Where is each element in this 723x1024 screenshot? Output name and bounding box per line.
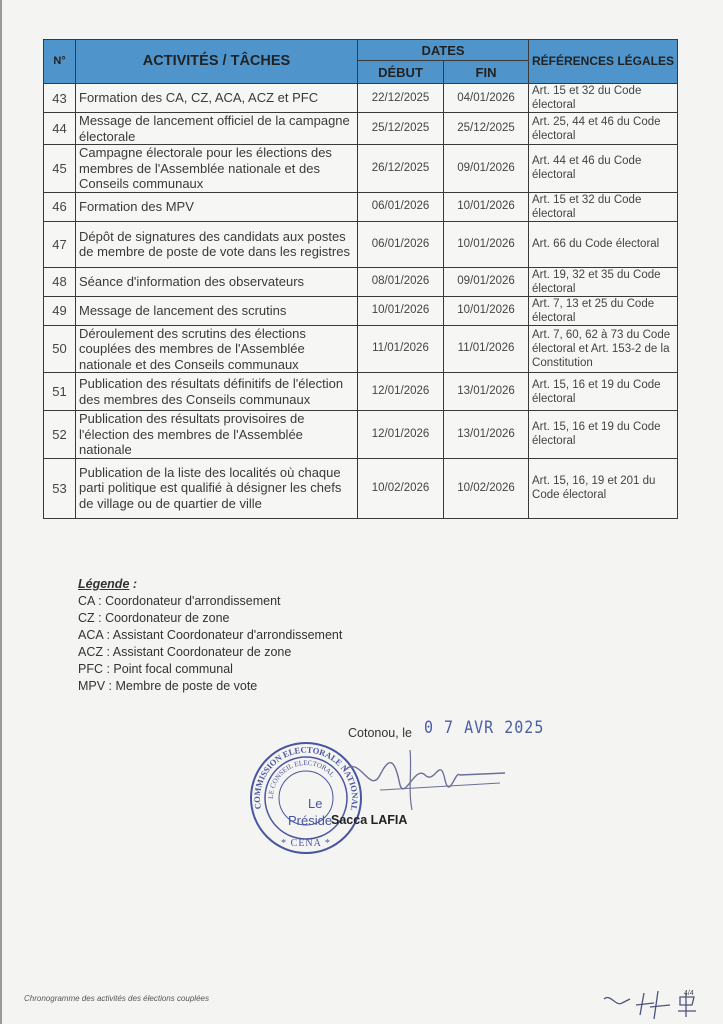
row-number: 52 <box>44 411 76 459</box>
end-date-cell: 25/12/2025 <box>444 113 529 145</box>
start-date-cell: 22/12/2025 <box>358 84 444 113</box>
start-date-cell: 26/12/2025 <box>358 145 444 193</box>
table-row: 48Séance d'information des observateurs0… <box>44 267 678 296</box>
start-date-cell: 06/01/2026 <box>358 192 444 221</box>
legal-reference-cell: Art. 25, 44 et 46 du Code électoral <box>529 113 678 145</box>
page-number: 4/4 <box>684 990 694 997</box>
row-number: 43 <box>44 84 76 113</box>
end-date-cell: 11/01/2026 <box>444 325 529 373</box>
end-date-cell: 09/01/2026 <box>444 267 529 296</box>
legal-reference-cell: Art. 66 du Code électoral <box>529 221 678 267</box>
legal-reference-cell: Art. 7, 13 et 25 du Code électoral <box>529 296 678 325</box>
start-date-cell: 12/01/2026 <box>358 373 444 411</box>
title-president: Préside <box>288 813 332 828</box>
legend-title: Légende : <box>78 576 342 593</box>
footer-text: Chronogramme des activités des élections… <box>24 994 209 1003</box>
table-row: 52Publication des résultats provisoires … <box>44 411 678 459</box>
header-references: RÉFÉRENCES LÉGALES <box>529 40 678 84</box>
title-le: Le <box>308 796 322 811</box>
header-dates: DATES <box>358 40 529 61</box>
date-stamp: 0 7 AVR 2025 <box>424 717 544 738</box>
legal-reference-cell: Art. 19, 32 et 35 du Code électoral <box>529 267 678 296</box>
table-row: 51Publication des résultats définitifs d… <box>44 373 678 411</box>
header-activities: ACTIVITÉS / TÂCHES <box>76 40 358 84</box>
start-date-cell: 10/02/2026 <box>358 458 444 518</box>
legal-reference-cell: Art. 15 et 32 du Code électoral <box>529 84 678 113</box>
table-row: 44Message de lancement officiel de la ca… <box>44 113 678 145</box>
table-row: 47Dépôt de signatures des candidats aux … <box>44 221 678 267</box>
row-number: 49 <box>44 296 76 325</box>
legal-reference-cell: Art. 15, 16, 19 et 201 du Code électoral <box>529 458 678 518</box>
activity-cell: Message de lancement des scrutins <box>76 296 358 325</box>
activity-cell: Message de lancement officiel de la camp… <box>76 113 358 145</box>
row-number: 50 <box>44 325 76 373</box>
legend-item: CZ : Coordonateur de zone <box>78 610 342 627</box>
end-date-cell: 10/01/2026 <box>444 221 529 267</box>
row-number: 48 <box>44 267 76 296</box>
schedule-table: N° ACTIVITÉS / TÂCHES DATES RÉFÉRENCES L… <box>43 39 678 519</box>
end-date-cell: 10/01/2026 <box>444 192 529 221</box>
activity-cell: Publication des résultats définitifs de … <box>76 373 358 411</box>
legend-item: PFC : Point focal communal <box>78 661 342 678</box>
end-date-cell: 04/01/2026 <box>444 84 529 113</box>
page-edge <box>0 0 2 1024</box>
table-row: 43Formation des CA, CZ, ACA, ACZ et PFC2… <box>44 84 678 113</box>
legal-reference-cell: Art. 15, 16 et 19 du Code électoral <box>529 373 678 411</box>
end-date-cell: 10/02/2026 <box>444 458 529 518</box>
activity-cell: Campagne électorale pour les élections d… <box>76 145 358 193</box>
end-date-cell: 13/01/2026 <box>444 373 529 411</box>
header-end: FIN <box>444 61 529 84</box>
activity-cell: Publication de la liste des localités où… <box>76 458 358 518</box>
activity-cell: Formation des CA, CZ, ACA, ACZ et PFC <box>76 84 358 113</box>
activity-cell: Déroulement des scrutins des élections c… <box>76 325 358 373</box>
table-row: 46Formation des MPV06/01/202610/01/2026A… <box>44 192 678 221</box>
svg-text:* CENA *: * CENA * <box>281 838 331 849</box>
start-date-cell: 11/01/2026 <box>358 325 444 373</box>
legend-item: ACZ : Assistant Coordonateur de zone <box>78 644 342 661</box>
legend-item: ACA : Assistant Coordonateur d'arrondiss… <box>78 627 342 644</box>
row-number: 44 <box>44 113 76 145</box>
end-date-cell: 10/01/2026 <box>444 296 529 325</box>
legend-item: MPV : Membre de poste de vote <box>78 678 342 695</box>
end-date-cell: 13/01/2026 <box>444 411 529 459</box>
legal-reference-cell: Art. 7, 60, 62 à 73 du Code électoral et… <box>529 325 678 373</box>
start-date-cell: 10/01/2026 <box>358 296 444 325</box>
legend-item: CA : Coordonateur d'arrondissement <box>78 593 342 610</box>
legal-reference-cell: Art. 15 et 32 du Code électoral <box>529 192 678 221</box>
place-label: Cotonou, le <box>348 726 412 740</box>
start-date-cell: 08/01/2026 <box>358 267 444 296</box>
table-row: 53Publication de la liste des localités … <box>44 458 678 518</box>
row-number: 53 <box>44 458 76 518</box>
start-date-cell: 12/01/2026 <box>358 411 444 459</box>
table-row: 45Campagne électorale pour les élections… <box>44 145 678 193</box>
legal-reference-cell: Art. 15, 16 et 19 du Code électoral <box>529 411 678 459</box>
signer-name: Sacca LAFIA <box>331 813 407 827</box>
header-start: DÉBUT <box>358 61 444 84</box>
legal-reference-cell: Art. 44 et 46 du Code électoral <box>529 145 678 193</box>
row-number: 45 <box>44 145 76 193</box>
start-date-cell: 25/12/2025 <box>358 113 444 145</box>
row-number: 46 <box>44 192 76 221</box>
activity-cell: Publication des résultats provisoires de… <box>76 411 358 459</box>
row-number: 47 <box>44 221 76 267</box>
header-number: N° <box>44 40 76 84</box>
handwritten-signature-icon <box>340 745 520 815</box>
legend: Légende : CA : Coordonateur d'arrondisse… <box>78 576 342 695</box>
activity-cell: Séance d'information des observateurs <box>76 267 358 296</box>
table-row: 50Déroulement des scrutins des élections… <box>44 325 678 373</box>
start-date-cell: 06/01/2026 <box>358 221 444 267</box>
table-row: 49Message de lancement des scrutins10/01… <box>44 296 678 325</box>
activity-cell: Dépôt de signatures des candidats aux po… <box>76 221 358 267</box>
row-number: 51 <box>44 373 76 411</box>
activity-cell: Formation des MPV <box>76 192 358 221</box>
end-date-cell: 09/01/2026 <box>444 145 529 193</box>
